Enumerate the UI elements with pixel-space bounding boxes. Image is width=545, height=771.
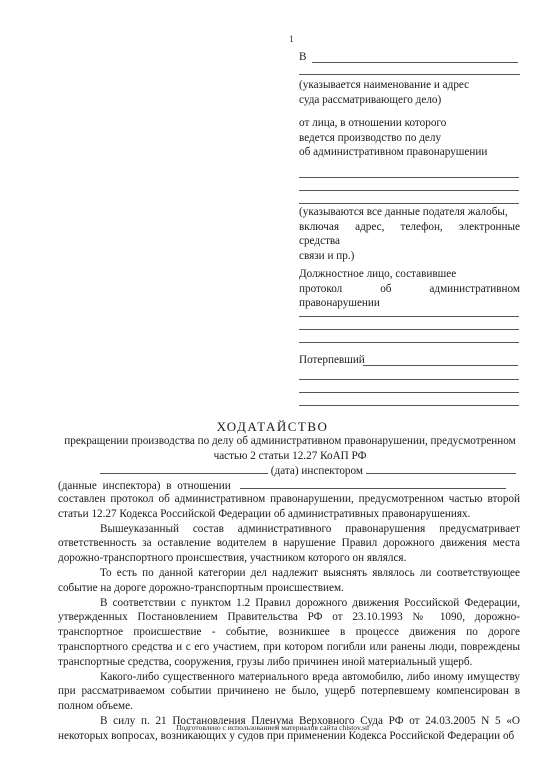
official-line: Должностное лицо, составившее [299,267,520,282]
paragraph: Вышеуказанный состав административного п… [58,522,520,566]
footer-note: Подготовлено с использованием материалов… [0,723,545,732]
court-name-field[interactable] [312,62,518,63]
paragraph: Какого-либо существенного материального … [58,670,520,714]
applicant-hint-line: связи и пр.) [299,249,520,264]
inspector-row: (данные инспектора) в отношении [58,478,520,493]
applicant-hint-line: включая адрес, телефон, электронные [299,220,520,235]
applicant-hint-line: (указываются все данные подателя жалобы, [299,205,520,220]
official-field-1[interactable] [299,316,519,317]
court-address-field[interactable] [299,74,520,75]
paragraph: То есть по данной категории дел надлежит… [58,566,520,596]
date-inspector-row: (дата) инспектором [100,463,520,478]
document-title: ХОДАТАЙСТВО [0,419,545,435]
court-hint-line: суда рассматривающего дело) [299,93,520,108]
official-field-3[interactable] [299,342,519,343]
from-person-line: ведется производство по делу [299,131,520,146]
victim-field-2[interactable] [299,379,519,380]
victim-field[interactable] [363,365,518,366]
inspector-label: (данные инспектора) в отношении [58,480,231,492]
official-block: Должностное лицо, составившее протокол о… [299,267,520,311]
court-hint-line: (указывается наименование и адрес [299,78,520,93]
inspector-field[interactable] [366,463,516,474]
victim-field-4[interactable] [299,405,519,406]
from-person-line: об административном правонарушении [299,145,520,160]
official-line: правонарушении [299,296,520,311]
court-hint: (указывается наименование и адрес суда р… [299,78,520,107]
applicant-field-2[interactable] [299,190,519,191]
official-field-2[interactable] [299,329,519,330]
person-field[interactable] [240,478,506,489]
addressee-to: В [299,50,520,65]
official-line: протокол об административном [299,282,520,297]
victim-label: Потерпевший [299,354,365,366]
subtitle-line: прекращении производства по делу об адми… [60,434,520,449]
applicant-field-3[interactable] [299,203,519,204]
paragraph: В соответствии с пунктом 1.2 Правил доро… [58,596,520,670]
document-body: составлен протокол об административном п… [58,492,520,744]
applicant-hint: (указываются все данные подателя жалобы,… [299,205,520,263]
date-field[interactable] [100,463,268,474]
paragraph: составлен протокол об административном п… [58,492,520,522]
from-person: от лица, в отношении которого ведется пр… [299,116,520,160]
subtitle-line: частью 2 статьи 12.27 КоАП РФ [60,449,520,464]
date-label: (дата) инспектором [271,465,363,477]
victim-field-3[interactable] [299,392,519,393]
to-prefix: В [299,51,306,63]
victim-block: Потерпевший [299,353,520,368]
applicant-hint-line: средства [299,234,520,249]
applicant-field-1[interactable] [299,177,519,178]
from-person-line: от лица, в отношении которого [299,116,520,131]
page-number: 1 [289,34,294,44]
document-subtitle: прекращении производства по делу об адми… [60,434,520,463]
